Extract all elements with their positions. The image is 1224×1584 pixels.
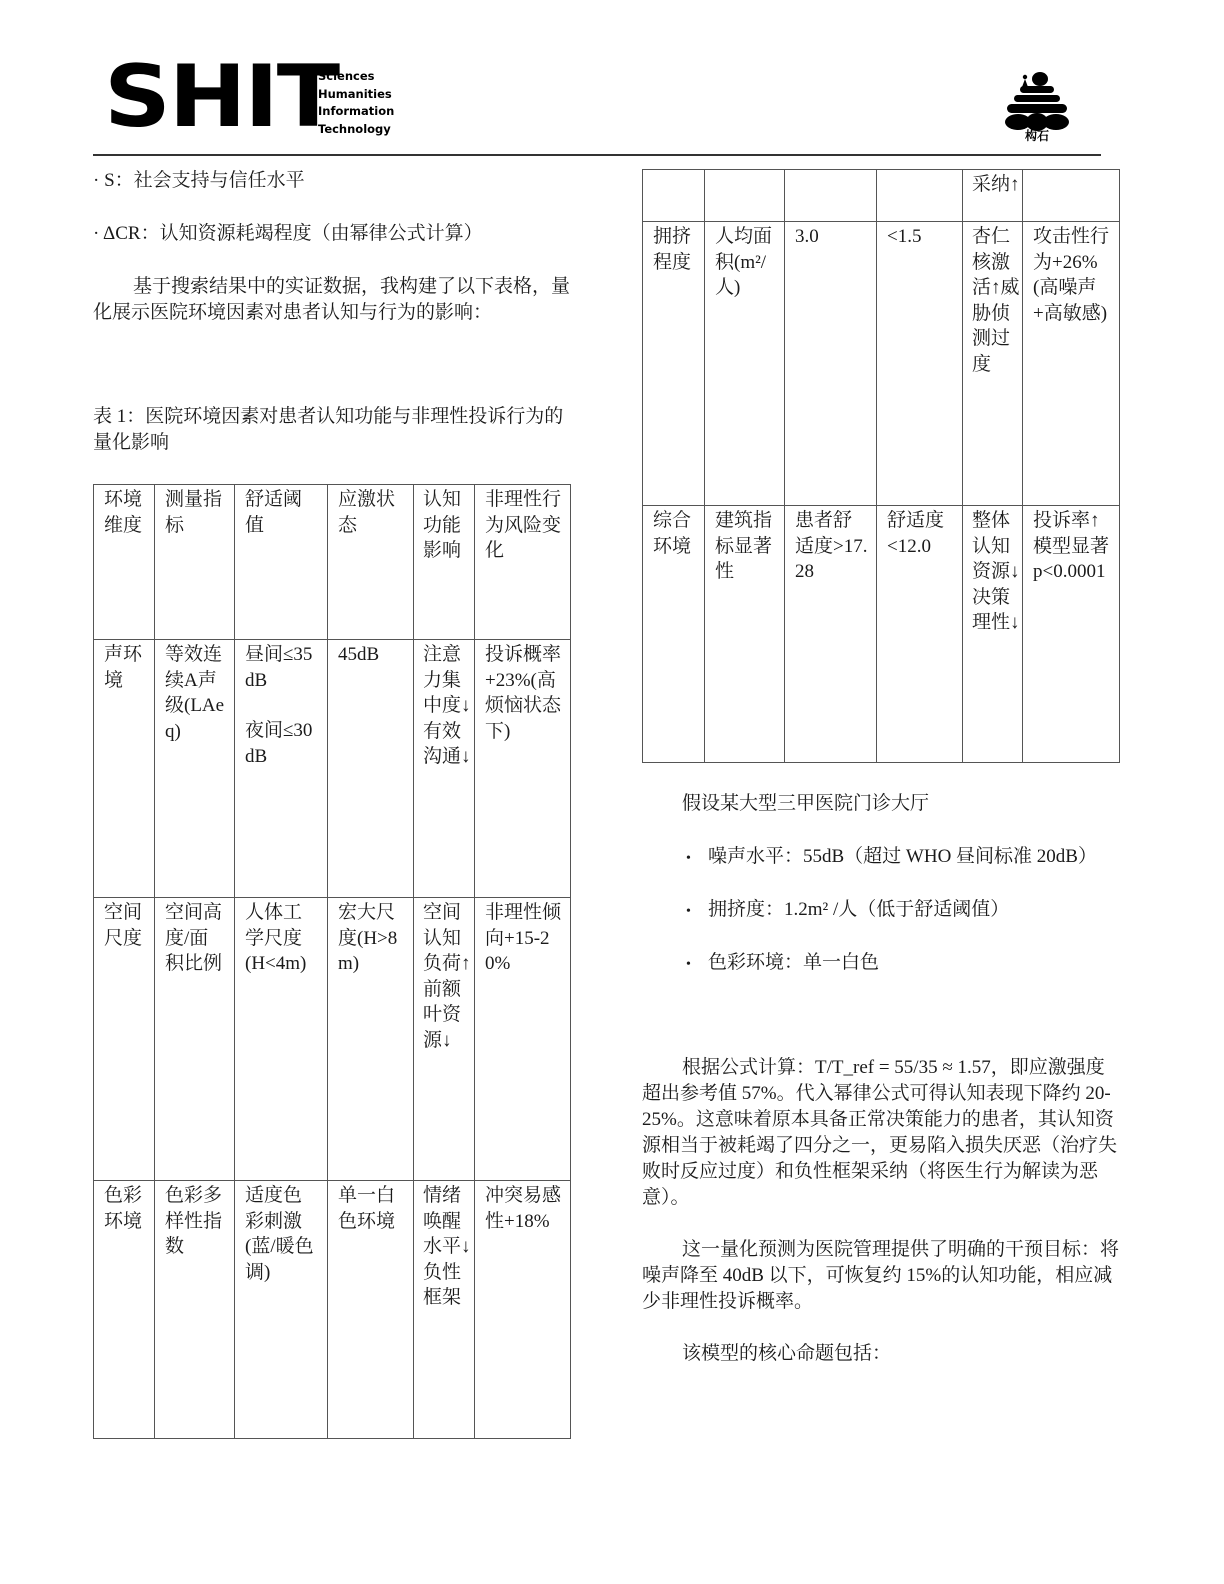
header-divider <box>93 154 1101 156</box>
table-header-row: 环境维度 测量指标 舒适阈值 应激状态 认知功能影响 非理性行为风险变化 <box>94 485 571 640</box>
cell-metric: 人均面积(m²/人) <box>705 222 785 506</box>
header-cell: 测量指标 <box>155 485 235 640</box>
scenario-title: 假设某大型三甲医院门诊大厅 <box>682 791 929 817</box>
cell-risk: 攻击性行为+26%(高噪声+高敏感) <box>1023 222 1120 506</box>
cell-risk: 冲突易感性+18% <box>475 1181 571 1439</box>
table-row: 声环境 等效连续A声级(LAeq) 昼间≤35dB 夜间≤30dB 45dB 注… <box>94 640 571 898</box>
environment-impact-table-part2: 采纳↑ 拥挤程度 人均面积(m²/人) 3.0 <1.5 杏仁核激活↑威胁侦测过… <box>642 169 1120 763</box>
cell-metric: 等效连续A声级(LAeq) <box>155 640 235 898</box>
cell-threshold: 人体工学尺度(H<4m) <box>235 898 328 1181</box>
table-row: 综合环境 建筑指标显著性 患者舒适度>17.28 舒适度<12.0 整体认知资源… <box>643 506 1120 763</box>
intro-paragraph: 基于搜索结果中的实证数据，我构建了以下表格，量化展示医院环境因素对患者认知与行为… <box>93 274 571 326</box>
cell-cognitive: 注意力集中度↓有效沟通↓ <box>414 640 475 898</box>
cell-cognitive: 杏仁核激活↑威胁侦测过度 <box>963 222 1023 506</box>
logo-subtitle-line: Information <box>318 103 394 121</box>
cell-metric: 建筑指标显著性 <box>705 506 785 763</box>
environment-impact-table-part1: 环境维度 测量指标 舒适阈值 应激状态 认知功能影响 非理性行为风险变化 声环境… <box>93 484 571 1439</box>
bullet-icon: • <box>686 899 708 925</box>
cell-cognitive: 情绪唤醒水平↓负性框架 <box>414 1181 475 1439</box>
cell-risk: 非理性倾向+15-20% <box>475 898 571 1181</box>
cell-dimension: 声环境 <box>94 640 155 898</box>
cell-dimension: 空间尺度 <box>94 898 155 1181</box>
table-row: 色彩环境 色彩多样性指数 适度色彩刺激(蓝/暖色调) 单一白色环境 情绪唤醒水平… <box>94 1181 571 1439</box>
header-cell: 非理性行为风险变化 <box>475 485 571 640</box>
threshold-night: 夜间≤30dB <box>245 718 319 769</box>
table-row: 空间尺度 空间高度/面积比例 人体工学尺度(H<4m) 宏大尺度(H>8m) 空… <box>94 898 571 1181</box>
core-proposition-paragraph: 该模型的核心命题包括： <box>642 1341 1120 1367</box>
cell-stress: 单一白色环境 <box>328 1181 414 1439</box>
cell-stress: 45dB <box>328 640 414 898</box>
calculation-paragraph: 根据公式计算：T/T_ref = 55/35 ≈ 1.57，即应激强度超出参考值… <box>642 1055 1120 1211</box>
right-logo-label: 构石 <box>1000 127 1074 144</box>
cell-stress: <1.5 <box>877 222 963 506</box>
cell-cognitive: 空间认知负荷↑前额叶资源↓ <box>414 898 475 1181</box>
cell-stress: 舒适度<12.0 <box>877 506 963 763</box>
cell-dimension: 色彩环境 <box>94 1181 155 1439</box>
threshold-day: 昼间≤35dB <box>245 642 319 693</box>
bullet-item: •色彩环境：单一白色 <box>686 950 879 978</box>
page-header: SHIT Sciences Humanities Information Tec… <box>0 0 1224 160</box>
definition-s: · S：社会支持与信任水平 <box>93 168 305 194</box>
bullet-item: •噪声水平：55dB（超过 WHO 昼间标准 20dB） <box>686 844 1097 872</box>
table-row-continuation: 采纳↑ <box>643 170 1120 222</box>
table-row: 拥挤程度 人均面积(m²/人) 3.0 <1.5 杏仁核激活↑威胁侦测过度 攻击… <box>643 222 1120 506</box>
cell-risk: 投诉率↑模型显著p<0.0001 <box>1023 506 1120 763</box>
logo-subtitle-line: Humanities <box>318 86 394 104</box>
cell-cognitive: 整体认知资源↓决策理性↓ <box>963 506 1023 763</box>
cell-threshold: 适度色彩刺激(蓝/暖色调) <box>235 1181 328 1439</box>
table-caption: 表 1：医院环境因素对患者认知功能与非理性投诉行为的量化影响 <box>93 404 571 456</box>
definition-delta-cr: · ΔCR：认知资源耗竭程度（由幂律公式计算） <box>93 221 483 247</box>
cell-risk: 投诉概率+23%(高烦恼状态下) <box>475 640 571 898</box>
header-cell: 应激状态 <box>328 485 414 640</box>
shit-logo-wordmark: SHIT <box>104 54 338 140</box>
cell-threshold: 3.0 <box>785 222 877 506</box>
cell-metric: 空间高度/面积比例 <box>155 898 235 1181</box>
cell-cognitive: 采纳↑ <box>963 170 1023 222</box>
bullet-icon: • <box>686 952 708 978</box>
intervention-paragraph: 这一量化预测为医院管理提供了明确的干预目标：将噪声降至 40dB 以下，可恢复约… <box>642 1237 1120 1315</box>
cell-metric: 色彩多样性指数 <box>155 1181 235 1439</box>
cell-stress: 宏大尺度(H>8m) <box>328 898 414 1181</box>
bullet-item: •拥挤度：1.2m² /人（低于舒适阈值） <box>686 897 1009 925</box>
logo-subtitle-line: Technology <box>318 121 394 139</box>
header-cell: 舒适阈值 <box>235 485 328 640</box>
cell-threshold: 昼间≤35dB 夜间≤30dB <box>235 640 328 898</box>
cell-dimension: 综合环境 <box>643 506 705 763</box>
logo-subtitle-line: Sciences <box>318 68 394 86</box>
bullet-icon: • <box>686 846 708 872</box>
header-cell: 认知功能影响 <box>414 485 475 640</box>
cell-dimension: 拥挤程度 <box>643 222 705 506</box>
header-cell: 环境维度 <box>94 485 155 640</box>
cell-threshold: 患者舒适度>17.28 <box>785 506 877 763</box>
logo-subtitle: Sciences Humanities Information Technolo… <box>318 68 394 138</box>
